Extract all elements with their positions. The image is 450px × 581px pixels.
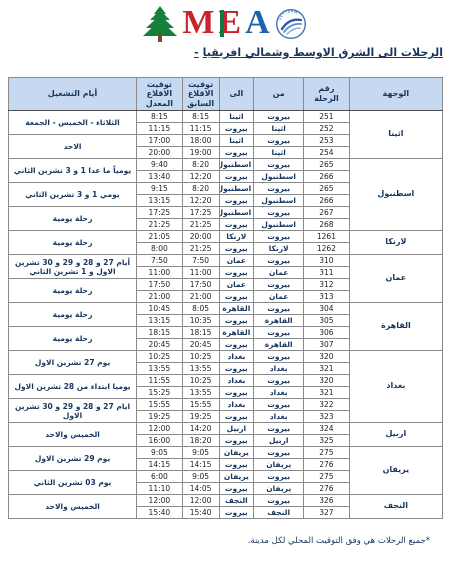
operating-days-cell: الخميس والاحد [9,495,137,519]
table-row: النجف326بيروتالنجف12:0012:00الخميس والاح… [9,495,443,507]
to-cell: بيروت [219,435,254,447]
destination-cell: يريفان [349,447,442,495]
table-row: لارنكا1261بيروتلارنكا20:0021:05رحلة يومي… [9,231,443,243]
from-cell: القاهرة [254,315,304,327]
flight-number-cell: 276 [304,483,350,495]
table-row: عمان310بيروتعمان7:507:50أيام 27 و 28 و 2… [9,255,443,267]
modified-departure-cell: 18:15 [137,327,183,339]
flight-number-cell: 313 [304,291,350,303]
to-cell: لارنكا [219,231,254,243]
from-cell: عمان [254,267,304,279]
previous-departure-cell: 9:05 [182,447,219,459]
modified-departure-cell: 9:40 [137,159,183,171]
previous-departure-cell: 18:15 [182,327,219,339]
destination-cell: بغداد [349,351,442,423]
table-row: القاهرة304بيروتالقاهرة8:0510:45رحلة يومي… [9,303,443,315]
previous-departure-cell: 20:45 [182,339,219,351]
operating-days-cell: الثلاثاء - الخميس - الجمعة [9,111,137,135]
to-cell: بيروت [219,339,254,351]
footer-note: *جميع الرحلات هي وفق التوقيت المحلي لكل … [248,536,430,546]
to-cell: عمان [219,279,254,291]
from-cell: بيروت [254,447,304,459]
to-cell: بيروت [219,507,254,519]
page-title-dash: - [194,46,203,59]
operating-days-cell: ايام 27 و 28 و 29 و 30 تشرين الاول [9,399,137,423]
destination-cell: لارنكا [349,231,442,255]
to-cell: النجف [219,495,254,507]
flight-number-cell: 304 [304,303,350,315]
modified-departure-cell: 17:25 [137,207,183,219]
previous-departure-cell: 12:20 [182,195,219,207]
from-cell: بيروت [254,207,304,219]
from-cell: بيروت [254,351,304,363]
to-cell: بيروت [219,387,254,399]
flight-number-cell: 267 [304,207,350,219]
to-cell: بيروت [219,483,254,495]
schedule-tbody: اثينا251بيروتاثينا8:158:15الثلاثاء - الخ… [9,111,443,519]
destination-cell: عمان [349,255,442,303]
flight-number-cell: 322 [304,399,350,411]
to-cell: بيروت [219,195,254,207]
to-cell: بيروت [219,219,254,231]
previous-departure-cell: 19:25 [182,411,219,423]
modified-departure-cell: 13:55 [137,363,183,375]
col-header-destination: الوجهة [349,78,442,111]
flight-number-cell: 266 [304,171,350,183]
flight-number-cell: 266 [304,195,350,207]
from-cell: اسطنبول [254,171,304,183]
from-cell: بيروت [254,471,304,483]
from-cell: اسطنبول [254,219,304,231]
flight-number-cell: 275 [304,447,350,459]
flight-number-cell: 265 [304,183,350,195]
from-cell: بيروت [254,327,304,339]
to-cell: بيروت [219,171,254,183]
header-row: الوجهة رقم الرحلة من الى توقيت الاقلاع ا… [9,78,443,111]
to-cell: بيروت [219,411,254,423]
to-cell: بيروت [219,363,254,375]
previous-departure-cell: 8:15 [182,111,219,123]
modified-departure-cell: 21:05 [137,231,183,243]
col-header-flight-number: رقم الرحلة [304,78,350,111]
modified-departure-cell: 11:55 [137,375,183,387]
modified-departure-cell: 16:00 [137,435,183,447]
previous-departure-cell: 13:55 [182,387,219,399]
previous-departure-cell: 10:25 [182,375,219,387]
flight-number-cell: 251 [304,111,350,123]
table-row: بغداد320بيروتبغداد10:2510:25يوم 27 تشرين… [9,351,443,363]
flight-number-cell: 323 [304,411,350,423]
previous-departure-cell: 17:50 [182,279,219,291]
previous-departure-cell: 9:05 [182,471,219,483]
from-cell: بيروت [254,183,304,195]
modified-departure-cell: 20:00 [137,147,183,159]
flight-number-cell: 324 [304,423,350,435]
destination-cell: اثينا [349,111,442,159]
table-row: اربيل324بيروتاربيل14:2012:00الخميس والاح… [9,423,443,435]
table-row: اثينا251بيروتاثينا8:158:15الثلاثاء - الخ… [9,111,443,123]
to-cell: عمان [219,255,254,267]
previous-departure-cell: 8:20 [182,159,219,171]
operating-days-cell: رحلة يومية [9,327,137,351]
mea-letter-m: M [182,6,214,40]
mea-letter-e: E [218,6,241,40]
mea-wordmark: M E A [182,6,269,40]
previous-departure-cell: 21:25 [182,219,219,231]
previous-departure-cell: 14:05 [182,483,219,495]
flight-number-cell: 253 [304,135,350,147]
destination-cell: القاهرة [349,303,442,351]
previous-departure-cell: 19:00 [182,147,219,159]
to-cell: بيروت [219,315,254,327]
modified-departure-cell: 12:00 [137,423,183,435]
previous-departure-cell: 18:20 [182,435,219,447]
flight-number-cell: 320 [304,375,350,387]
from-cell: اثينا [254,123,304,135]
operating-days-cell: أيام 27 و 28 و 29 و 30 تشرين الاول و 1 ت… [9,255,137,279]
modified-departure-cell: 11:15 [137,123,183,135]
to-cell: القاهرة [219,327,254,339]
modified-departure-cell: 19:25 [137,411,183,423]
previous-departure-cell: 21:25 [182,243,219,255]
flight-number-cell: 252 [304,123,350,135]
modified-departure-cell: 20:45 [137,339,183,351]
modified-departure-cell: 21:25 [137,219,183,231]
page-title-text: الرحلات الى الشرق الاوسط وشمالي افريقيا [203,46,443,59]
to-cell: بغداد [219,375,254,387]
modified-departure-cell: 17:00 [137,135,183,147]
destination-cell: النجف [349,495,442,519]
flight-number-cell: 305 [304,315,350,327]
col-header-operating-days: أيام التشغيل [9,78,137,111]
flight-number-cell: 268 [304,219,350,231]
modified-departure-cell: 7:50 [137,255,183,267]
flight-number-cell: 311 [304,267,350,279]
from-cell: بغداد [254,411,304,423]
operating-days-cell: يوميا ابتداء من 28 تشرين الاول [9,375,137,399]
operating-days-cell: الاحد [9,135,137,159]
to-cell: بيروت [219,267,254,279]
from-cell: بغداد [254,363,304,375]
flight-number-cell: 321 [304,387,350,399]
destination-cell: اسطنبول [349,159,442,231]
modified-departure-cell: 12:00 [137,495,183,507]
modified-departure-cell: 9:05 [137,447,183,459]
to-cell: بيروت [219,291,254,303]
to-cell: اثينا [219,111,254,123]
previous-departure-cell: 12:20 [182,171,219,183]
flight-number-cell: 312 [304,279,350,291]
table-row: يريفان275بيروتيريفان9:059:05يوم 29 تشرين… [9,447,443,459]
modified-departure-cell: 10:25 [137,351,183,363]
skyteam-icon: SKYTEAM [275,8,307,40]
to-cell: بيروت [219,243,254,255]
from-cell: بيروت [254,399,304,411]
from-cell: بيروت [254,231,304,243]
modified-departure-cell: 11:00 [137,267,183,279]
operating-days-cell: يوم 03 تشرين الثاني [9,471,137,495]
to-cell: اربيل [219,423,254,435]
from-cell: بيروت [254,279,304,291]
operating-days-cell: رحلة يومية [9,279,137,303]
to-cell: اسطنبول [219,183,254,195]
from-cell: القاهرة [254,339,304,351]
flight-number-cell: 276 [304,459,350,471]
previous-departure-cell: 11:00 [182,267,219,279]
to-cell: اثينا [219,135,254,147]
from-cell: يريفان [254,483,304,495]
flight-number-cell: 320 [304,351,350,363]
destination-cell: اربيل [349,423,442,447]
from-cell: النجف [254,507,304,519]
to-cell: يريفان [219,447,254,459]
col-header-previous-departure: توقيت الاقلاع السابق [182,78,219,111]
previous-departure-cell: 20:00 [182,231,219,243]
modified-departure-cell: 17:50 [137,279,183,291]
flight-number-cell: 1261 [304,231,350,243]
operating-days-cell: رحلة يومية [9,303,137,327]
flight-number-cell: 307 [304,339,350,351]
operating-days-cell: رحلة يومية [9,231,137,255]
modified-departure-cell: 13:15 [137,315,183,327]
flight-number-cell: 254 [304,147,350,159]
flight-number-cell: 327 [304,507,350,519]
previous-departure-cell: 13:55 [182,363,219,375]
from-cell: بغداد [254,387,304,399]
flight-number-cell: 326 [304,495,350,507]
from-cell: بيروت [254,111,304,123]
modified-departure-cell: 8:15 [137,111,183,123]
cedar-tree-icon [143,6,177,42]
modified-departure-cell: 13:15 [137,195,183,207]
col-header-modified-departure: توقيت الاقلاع المعدل [137,78,183,111]
from-cell: يريفان [254,459,304,471]
modified-departure-cell: 15:25 [137,387,183,399]
modified-departure-cell: 8:00 [137,243,183,255]
flight-number-cell: 275 [304,471,350,483]
from-cell: اربيل [254,435,304,447]
from-cell: اثينا [254,147,304,159]
modified-departure-cell: 21:00 [137,291,183,303]
from-cell: بيروت [254,423,304,435]
previous-departure-cell: 11:15 [182,123,219,135]
timetable-page: M E A SKYTEAM الرحلات الى الشرق الاوسط و… [0,0,450,581]
from-cell: عمان [254,291,304,303]
modified-departure-cell: 15:40 [137,507,183,519]
col-header-from: من [254,78,304,111]
table-row: اسطنبول265بيروتاسطنبول8:209:40يومياً ما … [9,159,443,171]
from-cell: بيروت [254,375,304,387]
previous-departure-cell: 15:40 [182,507,219,519]
flight-number-cell: 321 [304,363,350,375]
operating-days-cell: يومي 1 و 3 تشرين الثاني [9,183,137,207]
previous-departure-cell: 12:00 [182,495,219,507]
to-cell: بغداد [219,351,254,363]
modified-departure-cell: 15:55 [137,399,183,411]
flight-number-cell: 1262 [304,243,350,255]
from-cell: بيروت [254,303,304,315]
operating-days-cell: رحلة يومية [9,207,137,231]
operating-days-cell: يوم 27 تشرين الاول [9,351,137,375]
from-cell: بيروت [254,495,304,507]
mea-logo: M E A SKYTEAM [0,2,450,44]
from-cell: اسطنبول [254,195,304,207]
previous-departure-cell: 8:20 [182,183,219,195]
to-cell: اسطنبول [219,159,254,171]
to-cell: بيروت [219,123,254,135]
flight-number-cell: 325 [304,435,350,447]
to-cell: يريفان [219,471,254,483]
operating-days-cell: يوم 29 تشرين الاول [9,447,137,471]
to-cell: اسطنبول [219,207,254,219]
modified-departure-cell: 13:40 [137,171,183,183]
from-cell: لارنكا [254,243,304,255]
previous-departure-cell: 14:15 [182,459,219,471]
flight-number-cell: 310 [304,255,350,267]
col-header-to: الى [219,78,254,111]
previous-departure-cell: 7:50 [182,255,219,267]
to-cell: بيروت [219,147,254,159]
page-title: الرحلات الى الشرق الاوسط وشمالي افريقيا- [194,46,443,59]
modified-departure-cell: 11:10 [137,483,183,495]
previous-departure-cell: 8:05 [182,303,219,315]
previous-departure-cell: 17:25 [182,207,219,219]
from-cell: بيروت [254,255,304,267]
previous-departure-cell: 15:55 [182,399,219,411]
previous-departure-cell: 18:00 [182,135,219,147]
modified-departure-cell: 14:15 [137,459,183,471]
modified-departure-cell: 6:00 [137,471,183,483]
modified-departure-cell: 10:45 [137,303,183,315]
to-cell: بغداد [219,399,254,411]
from-cell: بيروت [254,159,304,171]
previous-departure-cell: 10:35 [182,315,219,327]
flight-number-cell: 265 [304,159,350,171]
modified-departure-cell: 9:15 [137,183,183,195]
to-cell: القاهرة [219,303,254,315]
previous-departure-cell: 21:00 [182,291,219,303]
previous-departure-cell: 14:20 [182,423,219,435]
operating-days-cell: الخميس والاحد [9,423,137,447]
to-cell: بيروت [219,459,254,471]
from-cell: بيروت [254,135,304,147]
green-stem [220,10,224,37]
flight-schedule-table: الوجهة رقم الرحلة من الى توقيت الاقلاع ا… [8,77,443,519]
previous-departure-cell: 10:25 [182,351,219,363]
flight-number-cell: 306 [304,327,350,339]
operating-days-cell: يومياً ما عدا 1 و 3 تشرين الثاني [9,159,137,183]
mea-letter-a: A [245,6,270,40]
